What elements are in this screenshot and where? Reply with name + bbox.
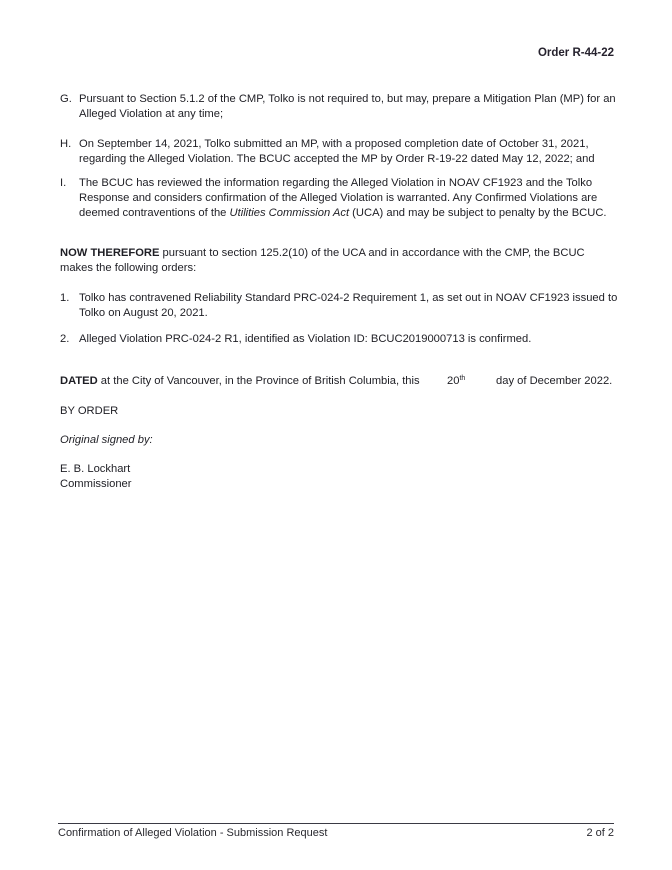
order-marker: 1.	[60, 291, 69, 306]
signatory-title: Commissioner	[60, 477, 132, 492]
day-suffix: th	[459, 375, 465, 382]
order-item-1: 1. Tolko has contravened Reliability Sta…	[60, 291, 620, 321]
act-name: Utilities Commission Act	[230, 207, 350, 219]
original-signed-label: Original signed by:	[60, 433, 153, 448]
recital-g: G. Pursuant to Section 5.1.2 of the CMP,…	[60, 92, 620, 122]
dated-text: at the City of Vancouver, in the Provinc…	[98, 375, 420, 387]
order-text: Tolko has contravened Reliability Standa…	[79, 292, 617, 319]
order-text: Alleged Violation PRC-024-2 R1, identifi…	[79, 333, 531, 345]
signatory-block: E. B. Lockhart Commissioner	[60, 462, 132, 492]
recital-h: H. On September 14, 2021, Tolko submitte…	[60, 137, 620, 167]
signatory-name: E. B. Lockhart	[60, 462, 132, 477]
recital-marker: H.	[60, 137, 71, 152]
order-marker: 2.	[60, 332, 69, 347]
by-order-label: BY ORDER	[60, 404, 118, 419]
now-therefore-heading: NOW THEREFORE	[60, 247, 159, 259]
recital-marker: I.	[60, 176, 66, 191]
dated-label: DATED	[60, 375, 98, 387]
dated-day: 20th	[447, 374, 465, 389]
recital-marker: G.	[60, 92, 72, 107]
dated-month-year: day of December 2022.	[496, 374, 612, 389]
recital-text: On September 14, 2021, Tolko submitted a…	[79, 138, 595, 165]
day-value: 20	[447, 375, 459, 387]
recital-text-part: (UCA) and may be subject to penalty by t…	[349, 207, 606, 219]
footer-divider	[58, 823, 614, 824]
recital-text: The BCUC has reviewed the information re…	[79, 177, 607, 219]
footer-title: Confirmation of Alleged Violation - Subm…	[58, 826, 327, 841]
order-number: Order R-44-22	[538, 46, 614, 61]
order-item-2: 2. Alleged Violation PRC-024-2 R1, ident…	[60, 332, 620, 347]
now-therefore-paragraph: NOW THEREFORE pursuant to section 125.2(…	[60, 246, 620, 276]
recital-i: I. The BCUC has reviewed the information…	[60, 176, 620, 221]
dated-line: DATED at the City of Vancouver, in the P…	[60, 374, 620, 389]
footer-page-number: 2 of 2	[586, 826, 614, 841]
recital-text: Pursuant to Section 5.1.2 of the CMP, To…	[79, 93, 616, 120]
